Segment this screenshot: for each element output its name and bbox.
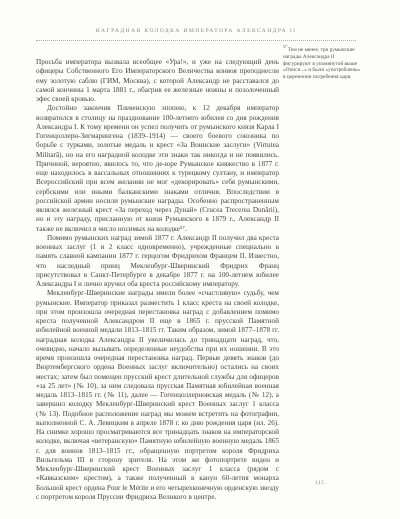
paragraph: Просьба императора вызвала всеобщее «Ура…	[36, 58, 279, 104]
footnote-text: Тем не менее, три румынские награды Алек…	[283, 47, 360, 81]
page-number: 115	[315, 480, 324, 486]
margin-note: 57Тем не менее, три румынские награды Ал…	[283, 44, 361, 81]
footnote-marker: 57	[283, 44, 287, 49]
paragraph: Помимо румынских наград зимой 1877 г. Ал…	[36, 234, 279, 290]
running-header: НАГРАДНАЯ КОЛОДКА ИМПЕРАТОРА АЛЕКСАНДРА …	[36, 28, 356, 34]
book-page: НАГРАДНАЯ КОЛОДКА ИМПЕРАТОРА АЛЕКСАНДРА …	[0, 0, 400, 519]
header-rule	[36, 36, 356, 41]
main-text-column: Просьба императора вызвала всеобщее «Ура…	[36, 58, 279, 502]
paragraph: Достойно закончив Плевенскую эпопею, к 1…	[36, 104, 279, 234]
paragraph: Мекленбург-Шверинские награды имели боле…	[36, 289, 279, 502]
